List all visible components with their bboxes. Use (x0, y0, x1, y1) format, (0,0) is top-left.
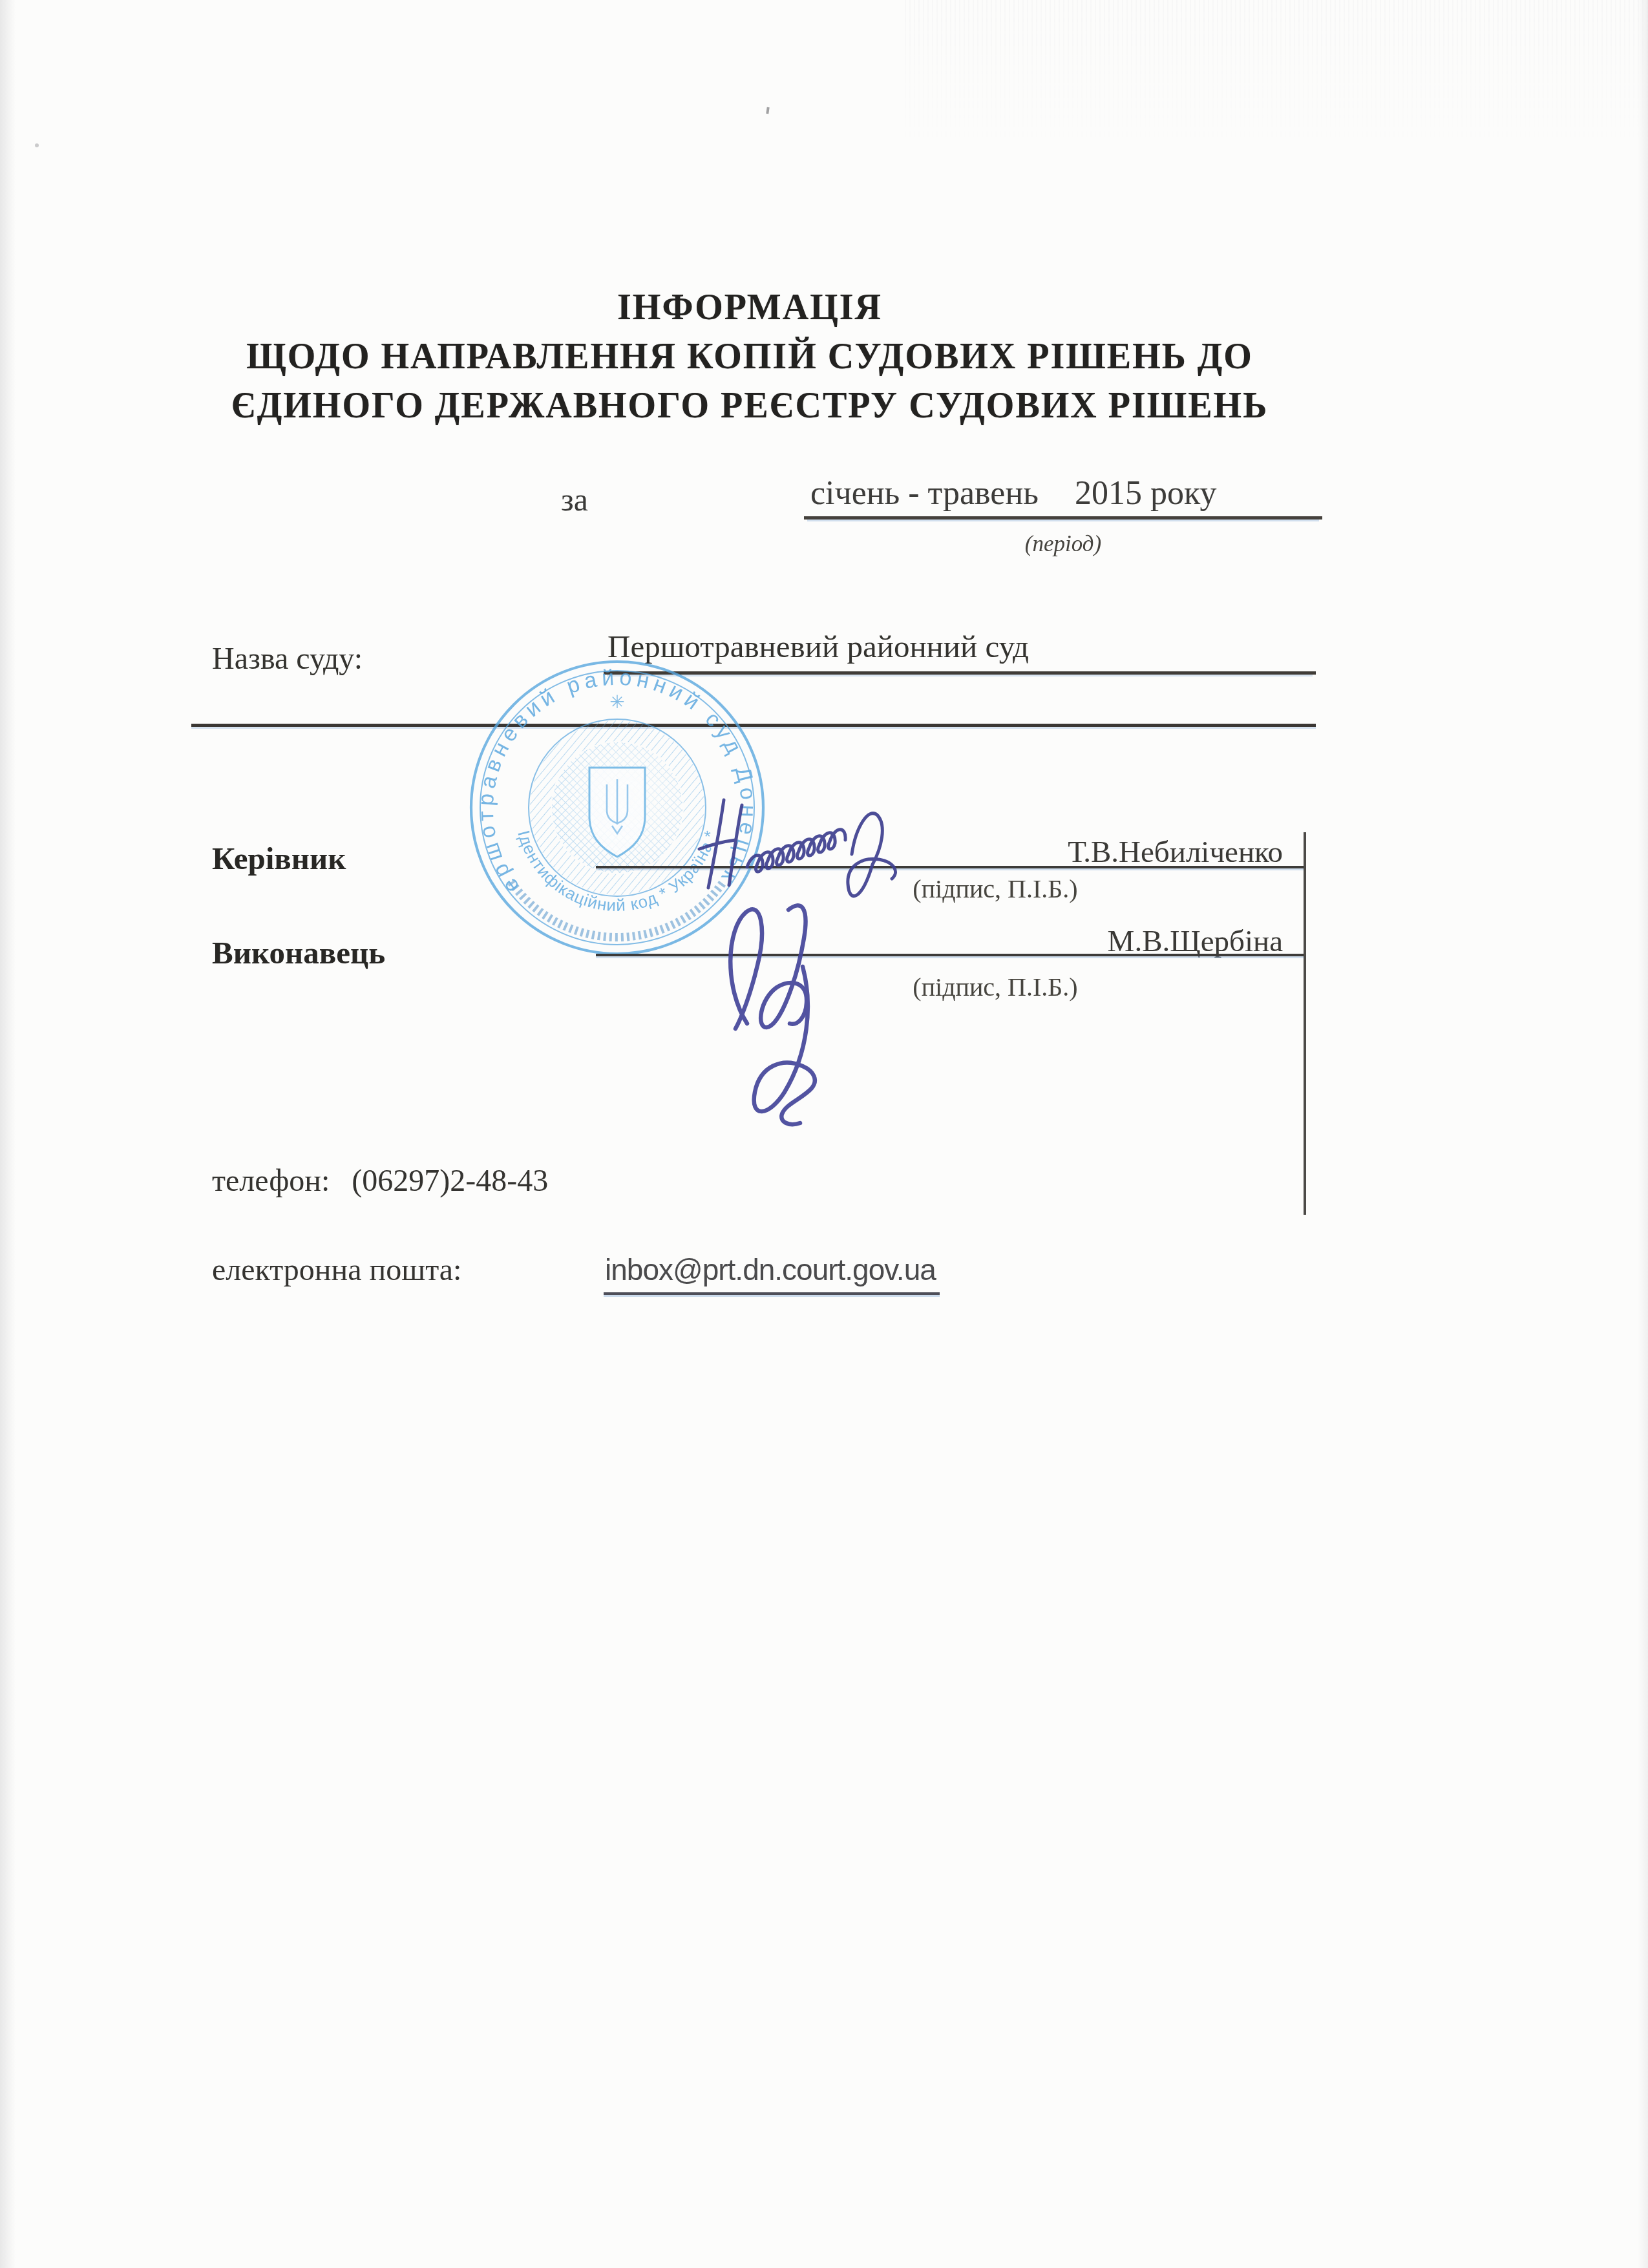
vertical-rule (1304, 832, 1306, 1215)
phone-value: (06297)2-48-43 (352, 1164, 548, 1198)
period-months: січень - травень (810, 474, 1039, 512)
period-caption: (період) (934, 531, 1192, 557)
email-value: inbox@prt.dn.court.gov.ua (604, 1252, 940, 1295)
title-line-2: ЩОДО НАПРАВЛЕННЯ КОПІЙ СУДОВИХ РІШЕНЬ ДО (0, 332, 1499, 381)
scan-speck (766, 107, 769, 114)
role-label-vykonavets: Виконавець (212, 934, 385, 971)
role-label-kerivnyk: Керівник (212, 840, 346, 877)
period-field: січень - травень 2015 року (804, 467, 1322, 520)
scan-speck (35, 143, 39, 147)
title-line-1: ІНФОРМАЦІЯ (0, 283, 1499, 332)
phone-row: телефон:(06297)2-48-43 (212, 1163, 548, 1199)
period-year: 2015 року (1075, 474, 1217, 512)
signature-ink-vykonavets (704, 890, 963, 1149)
scanned-court-report-page: ІНФОРМАЦІЯ ЩОДО НАПРАВЛЕННЯ КОПІЙ СУДОВИ… (0, 0, 1648, 2268)
email-label: електронна пошта: (212, 1252, 461, 1288)
phone-label: телефон: (212, 1164, 330, 1198)
court-name-label: Назва суду: (212, 641, 363, 677)
document-title: ІНФОРМАЦІЯ ЩОДО НАПРАВЛЕННЯ КОПІЙ СУДОВИ… (0, 283, 1499, 430)
scan-top-streaks (905, 0, 1648, 149)
stamp-star: ✳ (609, 692, 624, 712)
title-line-3: ЄДИНОГО ДЕРЖАВНОГО РЕЄСТРУ СУДОВИХ РІШЕН… (0, 381, 1499, 430)
name-kerivnyk: Т.В.Небиліченко (995, 835, 1283, 870)
period-prefix: за (561, 481, 588, 518)
scan-right-edge-shade (1638, 0, 1648, 2268)
